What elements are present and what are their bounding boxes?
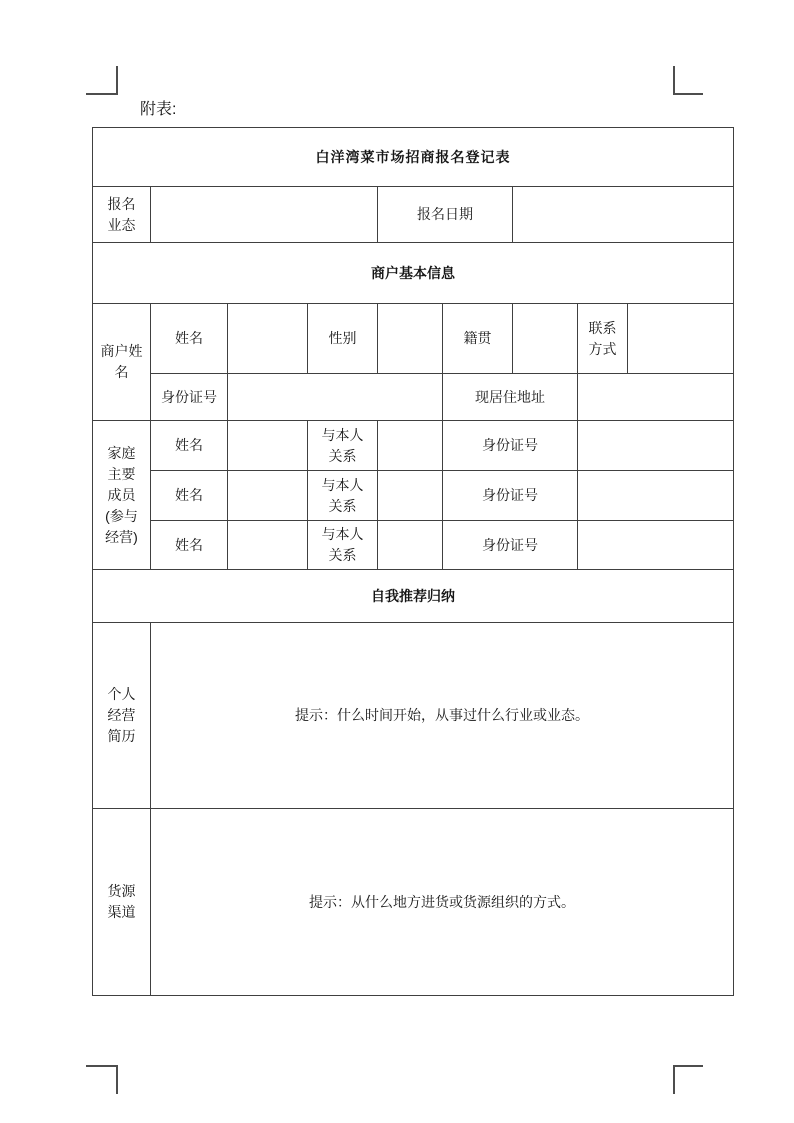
cell-business-type-input[interactable] bbox=[151, 187, 378, 243]
cell-merchant-name-input[interactable] bbox=[228, 304, 308, 374]
cell-merchant-gender-input[interactable] bbox=[378, 304, 443, 374]
family-1-name-label: 姓名 bbox=[151, 421, 228, 471]
cell-resume-input[interactable]: 提示：什么时间开始，从事过什么行业或业态。 bbox=[151, 623, 734, 809]
merchant-contact-label: 联系 方式 bbox=[578, 304, 628, 374]
family-2-name-label: 姓名 bbox=[151, 471, 228, 521]
cell-family-3-id-input[interactable] bbox=[578, 521, 734, 570]
registration-form-table: 白洋湾菜市场招商报名登记表 报名 业态 报名日期 商户基本信息 商户姓 名 姓名… bbox=[92, 127, 734, 996]
family-3-id-label: 身份证号 bbox=[443, 521, 578, 570]
resume-group-label: 个人 经营 简历 bbox=[93, 623, 151, 809]
section-self-intro: 自我推荐归纳 bbox=[93, 570, 734, 623]
cell-supply-input[interactable]: 提示：从什么地方进货或货源组织的方式。 bbox=[151, 809, 734, 996]
cell-apply-date-input[interactable] bbox=[513, 187, 734, 243]
corner-mark-top-right bbox=[673, 66, 703, 95]
supply-group-label: 货源 渠道 bbox=[93, 809, 151, 996]
section-basic-info: 商户基本信息 bbox=[93, 243, 734, 304]
merchant-address-label: 现居住地址 bbox=[443, 374, 578, 421]
cell-merchant-address-input[interactable] bbox=[578, 374, 734, 421]
merchant-group-label: 商户姓 名 bbox=[93, 304, 151, 421]
family-3-name-label: 姓名 bbox=[151, 521, 228, 570]
family-1-id-label: 身份证号 bbox=[443, 421, 578, 471]
family-2-relation-label: 与本人 关系 bbox=[308, 471, 378, 521]
merchant-id-number-label: 身份证号 bbox=[151, 374, 228, 421]
cell-merchant-id-number-input[interactable] bbox=[228, 374, 443, 421]
cell-family-1-name-input[interactable] bbox=[228, 421, 308, 471]
business-type-label: 报名 业态 bbox=[93, 187, 151, 243]
form-title: 白洋湾菜市场招商报名登记表 bbox=[93, 128, 734, 187]
family-group-label: 家庭 主要 成员 (参与 经营) bbox=[93, 421, 151, 570]
merchant-name-label: 姓名 bbox=[151, 304, 228, 374]
cell-family-2-relation-input[interactable] bbox=[378, 471, 443, 521]
family-2-id-label: 身份证号 bbox=[443, 471, 578, 521]
appendix-label: 附表: bbox=[140, 100, 176, 121]
cell-family-1-id-input[interactable] bbox=[578, 421, 734, 471]
cell-family-1-relation-input[interactable] bbox=[378, 421, 443, 471]
corner-mark-bottom-right bbox=[673, 1065, 703, 1094]
cell-family-3-name-input[interactable] bbox=[228, 521, 308, 570]
merchant-gender-label: 性别 bbox=[308, 304, 378, 374]
corner-mark-top-left bbox=[86, 66, 118, 95]
merchant-native-place-label: 籍贯 bbox=[443, 304, 513, 374]
cell-family-2-id-input[interactable] bbox=[578, 471, 734, 521]
cell-merchant-contact-input[interactable] bbox=[628, 304, 734, 374]
family-1-relation-label: 与本人 关系 bbox=[308, 421, 378, 471]
cell-family-3-relation-input[interactable] bbox=[378, 521, 443, 570]
cell-merchant-native-place-input[interactable] bbox=[513, 304, 578, 374]
corner-mark-bottom-left bbox=[86, 1065, 118, 1094]
document-page: 附表: 白洋湾菜市场招商报名登记表 报名 业态 报名日期 商户基本信息 商户姓 … bbox=[0, 0, 794, 1123]
cell-family-2-name-input[interactable] bbox=[228, 471, 308, 521]
family-3-relation-label: 与本人 关系 bbox=[308, 521, 378, 570]
apply-date-label: 报名日期 bbox=[378, 187, 513, 243]
